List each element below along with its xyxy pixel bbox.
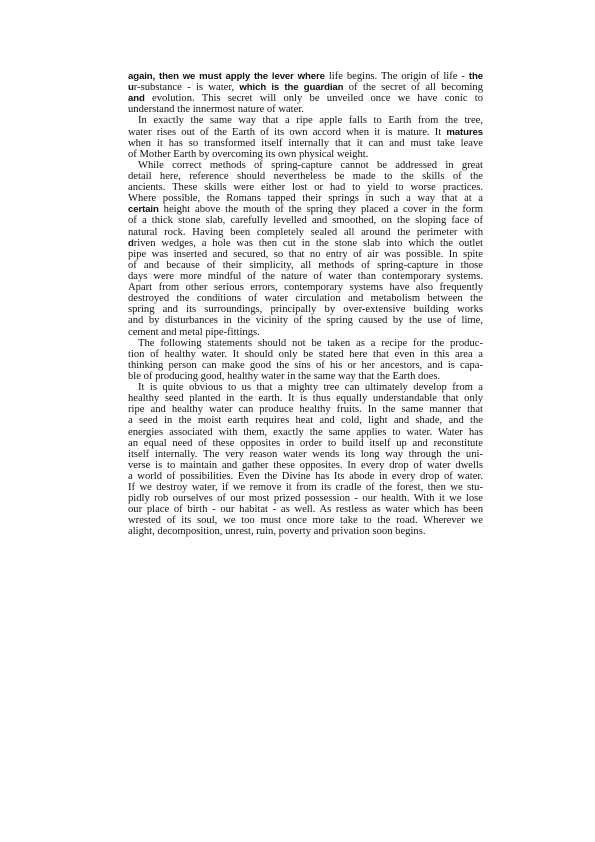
text-run: life begins. The origin of life - [325, 71, 469, 82]
text-run: evolution. This secret will only be unve… [145, 93, 483, 104]
paragraph: It is quite obvious to us that a mighty … [128, 382, 483, 538]
text-run: In exactly the same way that a ripe appl… [138, 115, 483, 126]
text-line: Where possible, the Romans tapped their … [128, 193, 483, 204]
text-run: cement and metal pipe-fittings. [128, 327, 260, 338]
text-run: spring and its surroundings, principally… [128, 304, 483, 315]
text-run: pidly rob ourselves of our most prized p… [128, 493, 483, 504]
text-line: itself internally. The very reason water… [128, 449, 483, 460]
text-line: pipe was inserted and secured, so that n… [128, 249, 483, 260]
bold-text-run: again, then we must apply the lever wher… [128, 71, 325, 82]
text-line: spring and its surroundings, principally… [128, 304, 483, 315]
document-page: again, then we must apply the lever wher… [128, 71, 483, 538]
text-run: tion of healthy water. It should only be… [128, 349, 483, 360]
text-line: cement and metal pipe-fittings. [128, 327, 483, 338]
text-run: energies associated with them, exactly t… [128, 427, 483, 438]
text-run: alight, decomposition, unrest, ruin, pov… [128, 526, 425, 537]
text-run: ble of producing good, healthy water in … [128, 371, 440, 382]
text-run: If we destroy water, if we remove it fro… [128, 482, 483, 493]
text-run: an equal need of these opposites in orde… [128, 438, 483, 449]
text-run: Where possible, the Romans tapped their … [128, 193, 483, 204]
text-run: While correct methods of spring-capture … [138, 160, 483, 171]
text-run: of and because of their simplicity, all … [128, 260, 483, 271]
text-line: and evolution. This secret will only be … [128, 93, 483, 104]
text-line: ripe and healthy water can produce healt… [128, 404, 483, 415]
text-line: wrested of its soul, we too must once mo… [128, 515, 483, 526]
text-line: an equal need of these opposites in orde… [128, 438, 483, 449]
text-line: detail here, reference should neverthele… [128, 171, 483, 182]
text-run: of the secret of all becoming [343, 82, 483, 93]
text-line: tion of healthy water. It should only be… [128, 349, 483, 360]
text-line: The following statements should not be t… [128, 338, 483, 349]
text-run: understand the innermost nature of water… [128, 104, 304, 115]
text-run: our place of birth - our habitat - as we… [128, 504, 483, 515]
text-run: pipe was inserted and secured, so that n… [128, 249, 483, 260]
text-line: understand the innermost nature of water… [128, 104, 483, 115]
text-run: ripe and healthy water can produce healt… [128, 404, 483, 415]
bold-text-run: matures [446, 127, 483, 138]
text-run: riven wedges, a hole was then cut in the… [134, 238, 483, 249]
bold-text-run: and [128, 93, 145, 104]
text-line: In exactly the same way that a ripe appl… [128, 115, 483, 126]
text-run: r-substance - is water, [134, 82, 240, 93]
text-line: It is quite obvious to us that a mighty … [128, 382, 483, 393]
text-line: healthy seed planted in the earth. It is… [128, 393, 483, 404]
text-line: If we destroy water, if we remove it fro… [128, 482, 483, 493]
text-line: when it has so transformed itself intern… [128, 138, 483, 149]
text-run: wrested of its soul, we too must once mo… [128, 515, 483, 526]
text-line: a seed in the moist earth requires heat … [128, 415, 483, 426]
text-line: ancients. These skills were either lost … [128, 182, 483, 193]
text-run: and by disturbances in the vicinity of t… [128, 315, 483, 326]
text-run: when it has so transformed itself intern… [128, 138, 483, 149]
text-line: alight, decomposition, unrest, ruin, pov… [128, 526, 483, 537]
text-line: and by disturbances in the vicinity of t… [128, 315, 483, 326]
text-line: verse is to maintain and gather these op… [128, 460, 483, 471]
text-line: of Mother Earth by overcoming its own ph… [128, 149, 483, 160]
bold-text-run: the [469, 71, 483, 82]
text-line: of a thick stone slab, carefully levelle… [128, 215, 483, 226]
paragraph: In exactly the same way that a ripe appl… [128, 115, 483, 159]
text-run: thinking person can make good the sins o… [128, 360, 483, 371]
text-run: Apart from other serious errors, contemp… [128, 282, 483, 293]
text-line: again, then we must apply the lever wher… [128, 71, 483, 82]
text-run: It is quite obvious to us that a mighty … [138, 382, 483, 393]
text-line: ble of producing good, healthy water in … [128, 371, 483, 382]
paragraph: While correct methods of spring-capture … [128, 160, 483, 338]
text-run: days were more mindful of the nature of … [128, 271, 483, 282]
text-run: ancients. These skills were either lost … [128, 182, 483, 193]
bold-text-run: certain [128, 204, 159, 215]
text-line: our place of birth - our habitat - as we… [128, 504, 483, 515]
text-run: healthy seed planted in the earth. It is… [128, 393, 483, 404]
text-run: a world of possibilities. Even the Divin… [128, 471, 483, 482]
text-line: certain height above the mouth of the sp… [128, 204, 483, 215]
text-line: of and because of their simplicity, all … [128, 260, 483, 271]
text-run: verse is to maintain and gather these op… [128, 460, 483, 471]
text-line: natural rock. Having been completely sea… [128, 227, 483, 238]
text-run: destroyed the conditions of water circul… [128, 293, 483, 304]
bold-text-run: which is the guardian [239, 82, 343, 93]
text-line: days were more mindful of the nature of … [128, 271, 483, 282]
text-line: water rises out of the Earth of its own … [128, 127, 483, 138]
text-line: While correct methods of spring-capture … [128, 160, 483, 171]
text-run: The following statements should not be t… [138, 338, 483, 349]
text-line: ur-substance - is water, which is the gu… [128, 82, 483, 93]
text-run: height above the mouth of the spring the… [159, 204, 483, 215]
text-line: energies associated with them, exactly t… [128, 427, 483, 438]
text-line: a world of possibilities. Even the Divin… [128, 471, 483, 482]
text-run: detail here, reference should neverthele… [128, 171, 483, 182]
text-line: Apart from other serious errors, contemp… [128, 282, 483, 293]
text-run: a seed in the moist earth requires heat … [128, 415, 483, 426]
text-run: of Mother Earth by overcoming its own ph… [128, 149, 368, 160]
text-line: driven wedges, a hole was then cut in th… [128, 238, 483, 249]
paragraph: The following statements should not be t… [128, 338, 483, 382]
text-line: destroyed the conditions of water circul… [128, 293, 483, 304]
paragraph: again, then we must apply the lever wher… [128, 71, 483, 115]
text-run: itself internally. The very reason water… [128, 449, 483, 460]
text-run: of a thick stone slab, carefully levelle… [128, 215, 483, 226]
text-run: natural rock. Having been completely sea… [128, 227, 483, 238]
text-line: pidly rob ourselves of our most prized p… [128, 493, 483, 504]
text-run: water rises out of the Earth of its own … [128, 127, 446, 138]
text-line: thinking person can make good the sins o… [128, 360, 483, 371]
